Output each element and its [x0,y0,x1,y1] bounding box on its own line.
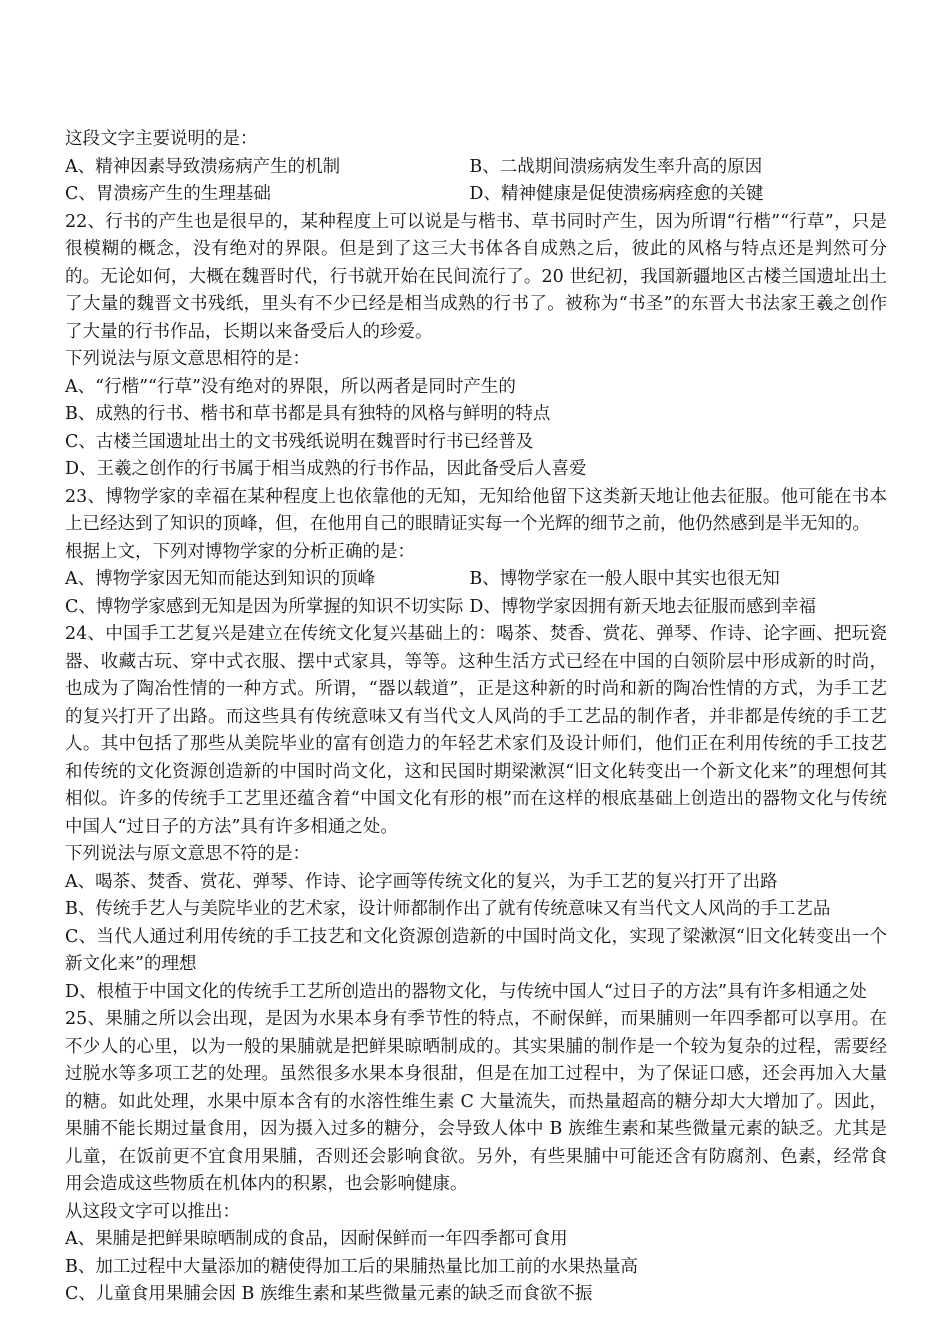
question-passage: 24、中国手工艺复兴是建立在传统文化复兴基础上的：喝茶、焚香、赏花、弹琴、作诗、… [65,621,887,841]
option-a: A、博物学家因无知而能达到知识的顶峰 [65,566,469,594]
question-block-24: 24、中国手工艺复兴是建立在传统文化复兴基础上的：喝茶、焚香、赏花、弹琴、作诗、… [65,621,887,1006]
option-a: A、“行楷”“行草”没有绝对的界限，所以两者是同时产生的 [65,374,887,402]
question-prompt: 下列说法与原文意思不符的是： [65,841,887,869]
option-d: D、精神健康是促使溃疡病痊愈的关键 [469,181,887,209]
question-prompt: 这段文字主要说明的是： [65,126,887,154]
passage-text: 果脯之所以会出现，是因为水果本身有季节性的特点，不耐保鲜，而果脯则一年四季都可以… [65,1009,887,1194]
exam-document-page: 这段文字主要说明的是： A、精神因素导致溃疡病产生的机制 B、二战期间溃疡病发生… [0,0,950,1344]
option-c: C、胃溃疡产生的生理基础 [65,181,469,209]
question-number: 23、 [65,487,105,507]
passage-text: 中国手工艺复兴是建立在传统文化复兴基础上的：喝茶、焚香、赏花、弹琴、作诗、论字画… [65,624,887,837]
option-b: B、加工过程中大量添加的糖使得加工后的果脯热量比加工前的水果热量高 [65,1254,887,1282]
question-prompt: 根据上文，下列对博物学家的分析正确的是： [65,539,887,567]
question-block-21-tail: 这段文字主要说明的是： A、精神因素导致溃疡病产生的机制 B、二战期间溃疡病发生… [65,126,887,209]
option-d: D、博物学家因拥有新天地去征服而感到幸福 [469,594,887,622]
passage-text: 博物学家的幸福在某种程度上也依靠他的无知，无知给他留下这类新天地让他去征服。他可… [65,487,887,535]
option-a: A、喝茶、焚香、赏花、弹琴、作诗、论字画等传统文化的复兴，为手工艺的复兴打开了出… [65,869,887,897]
options-grid: A、博物学家因无知而能达到知识的顶峰 B、博物学家在一般人眼中其实也很无知 C、… [65,566,887,621]
question-passage: 22、行书的产生也是很早的，某种程度上可以说是与楷书、草书同时产生，因为所谓“行… [65,209,887,347]
option-b: B、成熟的行书、楷书和草书都是具有独特的风格与鲜明的特点 [65,401,887,429]
option-a: A、精神因素导致溃疡病产生的机制 [65,154,469,182]
question-block-22: 22、行书的产生也是很早的，某种程度上可以说是与楷书、草书同时产生，因为所谓“行… [65,209,887,484]
question-block-23: 23、博物学家的幸福在某种程度上也依靠他的无知，无知给他留下这类新天地让他去征服… [65,484,887,622]
option-c: C、当代人通过利用传统的手工技艺和文化资源创造新的中国时尚文化，实现了梁漱溟“旧… [65,924,887,979]
option-d: D、根植于中国文化的传统手工艺所创造出的器物文化，与传统中国人“过日子的方法”具… [65,979,887,1007]
question-block-25: 25、果脯之所以会出现，是因为水果本身有季节性的特点，不耐保鲜，而果脯则一年四季… [65,1006,887,1309]
option-b: B、二战期间溃疡病发生率升高的原因 [469,154,887,182]
passage-text: 行书的产生也是很早的，某种程度上可以说是与楷书、草书同时产生，因为所谓“行楷”“… [65,212,887,342]
question-prompt: 从这段文字可以推出： [65,1199,887,1227]
question-number: 22、 [65,212,105,232]
question-number: 25、 [65,1009,105,1029]
question-passage: 25、果脯之所以会出现，是因为水果本身有季节性的特点，不耐保鲜，而果脯则一年四季… [65,1006,887,1199]
option-b: B、传统手艺人与美院毕业的艺术家，设计师都制作出了就有传统意味又有当代文人风尚的… [65,896,887,924]
option-c: C、儿童食用果脯会因 B 族维生素和某些微量元素的缺乏而食欲不振 [65,1281,887,1309]
option-c: C、博物学家感到无知是因为所掌握的知识不切实际 [65,594,469,622]
option-b: B、博物学家在一般人眼中其实也很无知 [469,566,887,594]
question-passage: 23、博物学家的幸福在某种程度上也依靠他的无知，无知给他留下这类新天地让他去征服… [65,484,887,539]
options-grid: A、精神因素导致溃疡病产生的机制 B、二战期间溃疡病发生率升高的原因 C、胃溃疡… [65,154,887,209]
option-c: C、古楼兰国遗址出土的文书残纸说明在魏晋时行书已经普及 [65,429,887,457]
option-a: A、果脯是把鲜果晾晒制成的食品，因耐保鲜而一年四季都可食用 [65,1226,887,1254]
question-prompt: 下列说法与原文意思相符的是： [65,346,887,374]
option-d: D、王羲之创作的行书属于相当成熟的行书作品，因此备受后人喜爱 [65,456,887,484]
question-number: 24、 [65,624,105,644]
